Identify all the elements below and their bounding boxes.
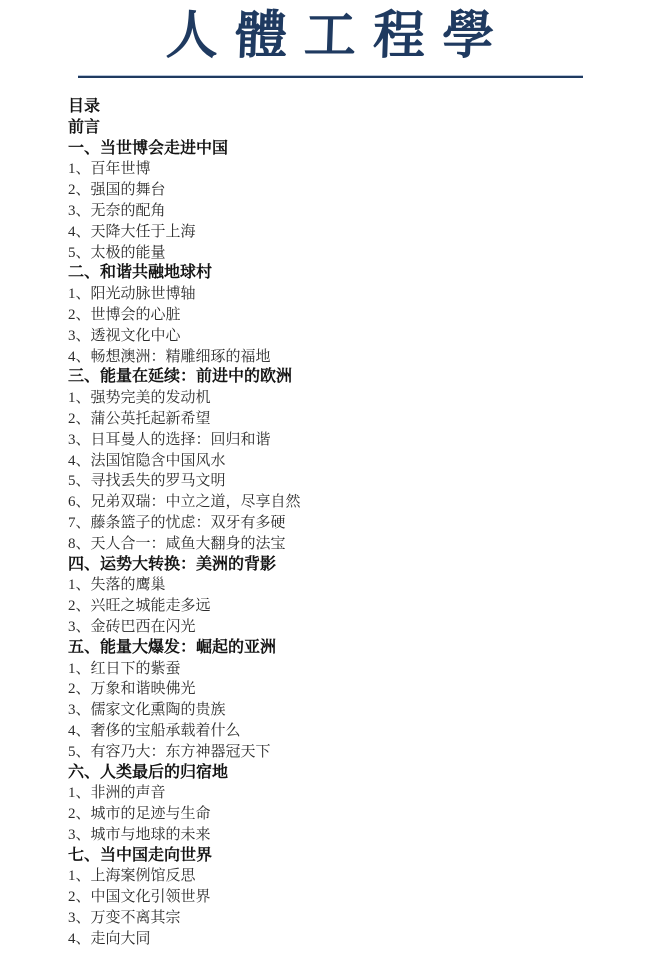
toc-line: 二、和谐共融地球村 xyxy=(68,263,630,284)
toc-line: 2、兴旺之城能走多远 xyxy=(68,596,630,617)
toc-line: 1、非洲的声音 xyxy=(68,783,630,804)
toc-line: 4、畅想澳洲：精雕细琢的福地 xyxy=(68,347,630,368)
toc-line: 一、当世博会走进中国 xyxy=(68,139,630,160)
toc-line: 6、兄弟双瑞：中立之道，尽享自然 xyxy=(68,492,630,513)
toc-line: 2、万象和谐映佛光 xyxy=(68,679,630,700)
toc-line: 3、万变不离其宗 xyxy=(68,908,630,929)
toc-line: 2、强国的舞台 xyxy=(68,180,630,201)
toc-line: 4、奢侈的宝船承载着什么 xyxy=(68,721,630,742)
toc-list: 目录前言一、当世博会走进中国1、百年世博2、强国的舞台3、无奈的配角4、天降大任… xyxy=(68,97,630,950)
toc-line: 三、能量在延续：前进中的欧洲 xyxy=(68,367,630,388)
toc-line: 2、城市的足迹与生命 xyxy=(68,804,630,825)
toc-line: 1、阳光动脉世博轴 xyxy=(68,284,630,305)
toc-line: 4、天降大任于上海 xyxy=(68,222,630,243)
toc-line: 1、失落的鹰巢 xyxy=(68,575,630,596)
toc-line: 1、上海案例馆反思 xyxy=(68,866,630,887)
toc-line: 2、中国文化引领世界 xyxy=(68,887,630,908)
toc-line: 3、透视文化中心 xyxy=(68,326,630,347)
toc-line: 3、无奈的配角 xyxy=(68,201,630,222)
toc-line: 2、蒲公英托起新希望 xyxy=(68,409,630,430)
toc-line: 3、儒家文化熏陶的贵族 xyxy=(68,700,630,721)
toc-line: 4、走向大同 xyxy=(68,929,630,950)
toc-line: 1、强势完美的发动机 xyxy=(68,388,630,409)
toc-line: 5、有容乃大：东方神器冠天下 xyxy=(68,742,630,763)
toc-line: 7、藤条篮子的忧虑：双牙有多硬 xyxy=(68,513,630,534)
toc-line: 四、运势大转换：美洲的背影 xyxy=(68,555,630,576)
masthead: 人體工程學 xyxy=(0,4,660,70)
toc-line: 五、能量大爆发：崛起的亚洲 xyxy=(68,638,630,659)
toc-line: 8、天人合一：咸鱼大翻身的法宝 xyxy=(68,534,630,555)
document-page: 人體工程學 目录前言一、当世博会走进中国1、百年世博2、强国的舞台3、无奈的配角… xyxy=(0,0,660,954)
toc-line: 5、太极的能量 xyxy=(68,243,630,264)
toc-line: 前言 xyxy=(68,118,630,139)
toc-line: 4、法国馆隐含中国风水 xyxy=(68,451,630,472)
toc-line: 2、世博会的心脏 xyxy=(68,305,630,326)
toc-line: 1、百年世博 xyxy=(68,159,630,180)
toc-line: 5、寻找丢失的罗马文明 xyxy=(68,471,630,492)
toc-line: 目录 xyxy=(68,97,630,118)
toc-line: 3、城市与地球的未来 xyxy=(68,825,630,846)
toc-line: 七、当中国走向世界 xyxy=(68,846,630,867)
title-divider xyxy=(78,76,583,78)
toc-line: 3、金砖巴西在闪光 xyxy=(68,617,630,638)
toc-line: 3、日耳曼人的选择：回归和谐 xyxy=(68,430,630,451)
toc-line: 1、红日下的紫蚕 xyxy=(68,659,630,680)
page-title: 人體工程學 xyxy=(148,4,512,70)
toc-line: 六、人类最后的归宿地 xyxy=(68,763,630,784)
